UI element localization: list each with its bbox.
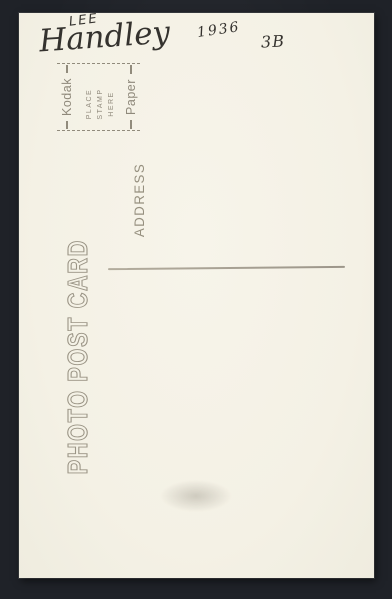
- paper-brand-label: Paper: [124, 79, 138, 115]
- stamp-box-dash: [66, 65, 67, 73]
- handwritten-position: 3B: [261, 31, 286, 51]
- scanned-postcard-photo: LEE Handley 1936 3B Kodak PLACE STAMP HE…: [0, 0, 392, 599]
- address-label: ADDRESS: [131, 153, 147, 248]
- divider-line: [108, 266, 345, 270]
- place-stamp-here-text: PLACE STAMP HERE: [84, 84, 118, 124]
- handwritten-year: 1936: [196, 19, 241, 41]
- stamp-line-here: HERE: [106, 84, 117, 124]
- postcard-back: LEE Handley 1936 3B Kodak PLACE STAMP HE…: [19, 13, 374, 578]
- stamp-line-stamp: STAMP: [95, 84, 106, 124]
- stamp-box-paper-label: Paper: [124, 65, 138, 129]
- paper-smudge: [160, 480, 232, 512]
- stamp-box-dash: [66, 121, 67, 129]
- stamp-box-kodak-label: Kodak: [60, 65, 74, 129]
- stamp-box: Kodak PLACE STAMP HERE Paper: [57, 63, 140, 131]
- handwritten-last-name: Handley: [38, 14, 171, 59]
- stamp-box-dash: [130, 65, 131, 74]
- stamp-line-place: PLACE: [84, 84, 95, 124]
- kodak-brand-label: Kodak: [60, 78, 74, 116]
- stamp-box-dash: [130, 120, 131, 129]
- photo-post-card-label: PHOTO POST CARD: [62, 272, 90, 475]
